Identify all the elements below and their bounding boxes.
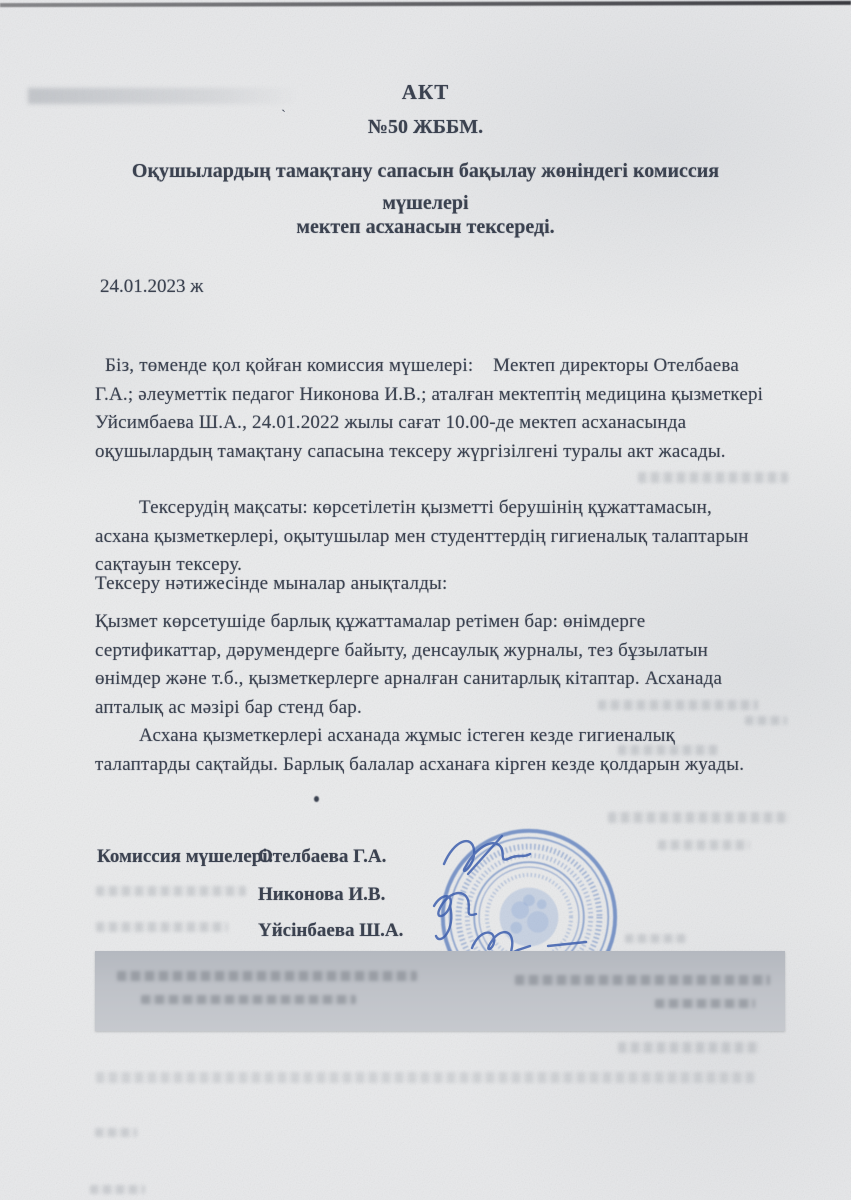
bleedthrough-ghost-text: [745, 716, 787, 725]
document-number: №50 ЖББМ.: [0, 116, 851, 139]
scan-edge-line: [0, 1, 851, 7]
scanned-document-page: ` АКТ №50 ЖББМ. Оқушылардың тамақтану са…: [0, 0, 851, 1200]
handwritten-signatures: [410, 830, 640, 970]
bleedthrough-ghost-text: [618, 1042, 760, 1053]
bleedthrough-ghost-text: [598, 700, 758, 710]
signatory-name: Отелбаева Г.А.: [258, 846, 386, 868]
bar-ghost-text: [515, 975, 770, 985]
document-title: АКТ: [0, 80, 851, 105]
document-subheading: мектеп асханасын тексереді.: [0, 216, 851, 239]
document-date: 24.01.2023 ж: [100, 276, 203, 298]
bleedthrough-ghost-text: [625, 934, 687, 943]
bar-ghost-text: [141, 995, 356, 1004]
bar-ghost-text: [117, 971, 417, 981]
bleedthrough-ghost-text: [638, 472, 788, 483]
bar-ghost-text: [655, 999, 755, 1008]
commission-members-label: Комиссия мүшелері:: [97, 846, 274, 868]
signatory-name: Үйсінбаева Ш.А.: [258, 920, 403, 942]
bleedthrough-ghost-text: [618, 745, 718, 755]
bleedthrough-ghost-text: [658, 840, 750, 850]
stray-ink-dot: [314, 796, 319, 802]
bleedthrough-ghost-text: [608, 812, 790, 823]
bleedthrough-ghost-text: [96, 886, 246, 896]
bleedthrough-ghost-text: [96, 922, 228, 932]
bleedthrough-ghost-text: [90, 1185, 145, 1194]
intro-paragraph: Біз, төменде қол қойған комиссия мүшелер…: [95, 352, 770, 466]
results-heading: Тексеру нәтижесінде мыналар анықталды:: [95, 570, 770, 599]
bleedthrough-ghost-text: [96, 1072, 756, 1083]
signatory-name: Никонова И.В.: [258, 884, 385, 906]
purpose-paragraph: Тексерудің мақсаты: көрсетілетін қызметт…: [95, 494, 770, 580]
bleedthrough-ghost-text: [95, 1128, 137, 1137]
gray-redaction-bar: [95, 951, 785, 1031]
document-heading: Оқушылардың тамақтану сапасын бақылау жө…: [106, 155, 746, 219]
